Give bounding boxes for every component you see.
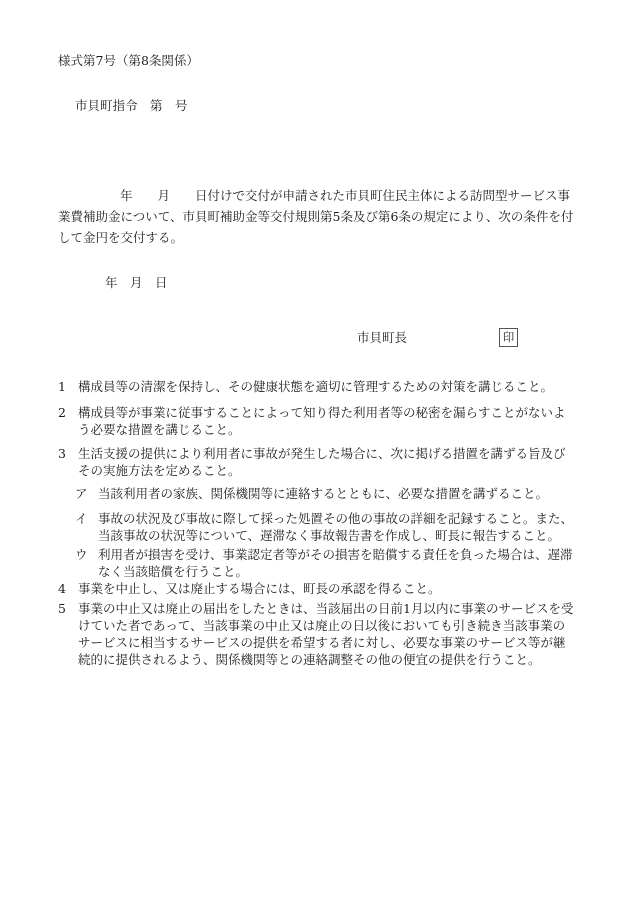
seal-box: 印 [499, 328, 518, 347]
sub-item-text: 当該利用者の家族、関係機関等に連絡するとともに、必要な措置を講ずること。 [98, 485, 574, 502]
seal-character: 印 [503, 332, 515, 344]
condition-number: 2 [58, 404, 78, 438]
directive-number-line: 市貝町指令 第 号 [75, 96, 574, 115]
sub-item-letter: ウ [75, 546, 98, 580]
condition-item-5: 5 事業の中止又は廃止の届出をしたときは、当該届出の日前1月以内に事業のサービス… [58, 600, 574, 668]
condition-item-1: 1 構成員等の清潔を保持し、その健康状態を適切に管理するための対策を講じること。 [58, 378, 574, 395]
condition-item-3: 3 生活支援の提供により利用者に事故が発生した場合に、次に掲げる措置を講ずる旨及… [58, 445, 574, 479]
sub-item-letter: イ [75, 510, 98, 544]
condition-3-sub-item-a: ア 当該利用者の家族、関係機関等に連絡するとともに、必要な措置を講ずること。 [75, 485, 574, 502]
condition-3-sub-item-u: ウ 利用者が損害を受け、事業認定者等がその損害を賠償する責任を負った場合は、遅滞… [75, 546, 574, 580]
condition-text: 事業を中止し、又は廃止する場合には、町長の承認を得ること。 [78, 580, 574, 597]
condition-item-2: 2 構成員等が事業に従事することによって知り得た利用者等の秘密を漏らすことがない… [58, 404, 574, 438]
grant-decision-paragraph: 年 月 日付けで交付が申請された市貝町住民主体による訪問型サービス事業費補助金に… [58, 185, 574, 248]
condition-text: 構成員等の清潔を保持し、その健康状態を適切に管理するための対策を講じること。 [78, 378, 574, 395]
condition-text: 事業の中止又は廃止の届出をしたときは、当該届出の日前1月以内に事業のサービスを受… [78, 600, 574, 668]
sub-item-text: 事故の状況及び事故に際して採った処置その他の事故の詳細を記録すること。また、当該… [98, 510, 574, 544]
issue-date-line: 年 月 日 [105, 273, 574, 292]
sub-item-text: 利用者が損害を受け、事業認定者等がその損害を賠償する責任を負った場合は、遅滞なく… [98, 546, 574, 580]
condition-number: 3 [58, 445, 78, 479]
condition-number: 1 [58, 378, 78, 395]
form-number-label: 様式第7号（第8条関係） [58, 51, 574, 70]
mayor-signature-row: 市貝町長 印 [58, 327, 574, 348]
condition-3-sub-item-i: イ 事故の状況及び事故に際して採った処置その他の事故の詳細を記録すること。また、… [75, 510, 574, 544]
condition-text: 生活支援の提供により利用者に事故が発生した場合に、次に掲げる措置を講ずる旨及びそ… [78, 445, 574, 479]
condition-number: 5 [58, 600, 78, 668]
condition-item-4: 4 事業を中止し、又は廃止する場合には、町長の承認を得ること。 [58, 580, 574, 597]
condition-text: 構成員等が事業に従事することによって知り得た利用者等の秘密を漏らすことがないよう… [78, 404, 574, 438]
sub-item-letter: ア [75, 485, 98, 502]
document-page: 様式第7号（第8条関係） 市貝町指令 第 号 年 月 日付けで交付が申請された市… [0, 0, 630, 903]
mayor-title-label: 市貝町長 [357, 327, 407, 348]
condition-number: 4 [58, 580, 78, 597]
conditions-list: 1 構成員等の清潔を保持し、その健康状態を適切に管理するための対策を講じること。… [58, 378, 574, 668]
